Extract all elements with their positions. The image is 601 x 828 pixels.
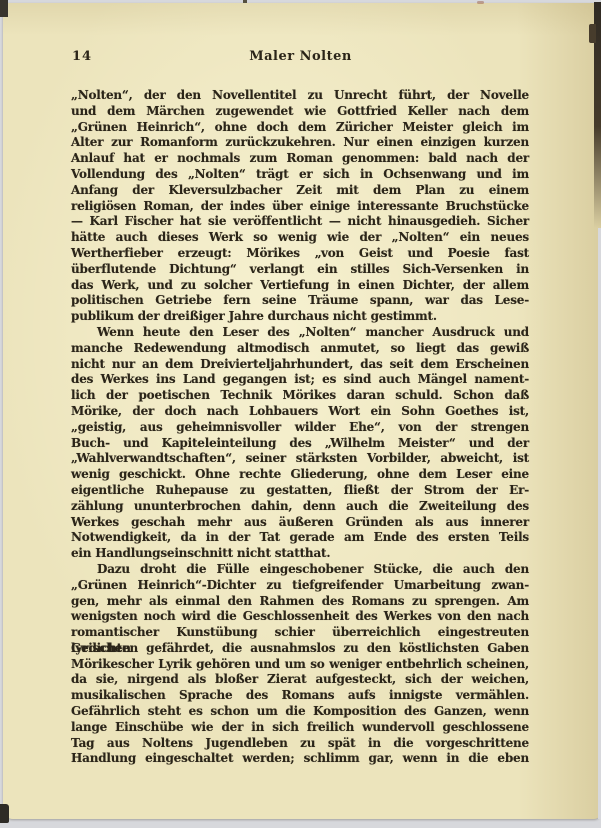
text-line: „Grünen Heinrich“, ohne doch dem Züriche… <box>71 120 529 136</box>
text-line: „geistig, aus geheimnisvoller wilder Ehe… <box>71 420 529 436</box>
text-line: Tag aus Noltens Jugendleben zu spät in d… <box>71 736 529 752</box>
text-line: gen, mehr als einmal den Rahmen des Roma… <box>71 594 529 610</box>
scanned-book-page: 14 Maler Nolten „Nolten“, der den Novell… <box>0 0 601 828</box>
text-line: — Karl Fischer hat sie veröffentlicht — … <box>71 214 529 230</box>
text-line: nicht nur an dem Dreivierteljahrhundert,… <box>71 357 529 373</box>
text-line: Anfang der Kleversulzbacher Zeit mit dem… <box>71 183 529 199</box>
page-body: „Nolten“, der den Novellentitel zu Unrec… <box>71 88 529 767</box>
text-line: Gedichten gefährdet, die ausnahmslos zu … <box>71 641 529 657</box>
text-line: hätte auch dieses Werk so wenig wie der … <box>71 230 529 246</box>
text-line: und dem Märchen zugewendet wie Gottfried… <box>71 104 529 120</box>
text-line: ein Handlungseinschnitt nicht statthat. <box>71 546 529 562</box>
text-line: überflutende Dichtung“ verlangt ein stil… <box>71 262 529 278</box>
text-line: wenigsten noch wird die Geschlossenheit … <box>71 609 529 625</box>
text-line: Alter zur Romanform zurückzukehren. Nur … <box>71 135 529 151</box>
text-line: publikum der dreißiger Jahre durchaus ni… <box>71 309 529 325</box>
text-line: „Wahlverwandtschaften“, seiner stärksten… <box>71 451 529 467</box>
scan-speck-top <box>243 0 247 3</box>
text-line: Mörikescher Lyrik gehören und um so weni… <box>71 657 529 673</box>
text-line: des Werkes ins Land gegangen ist; es sin… <box>71 372 529 388</box>
text-line: Gefährlich steht es schon um die Komposi… <box>71 704 529 720</box>
running-title: Maler Nolten <box>0 49 601 64</box>
text-line: Buch- und Kapiteleinteilung des „Wilhelm… <box>71 436 529 452</box>
text-line: manche Redewendung altmodisch anmutet, s… <box>71 341 529 357</box>
paragraph: Wenn heute den Leser des „Nolten“ manche… <box>71 325 529 562</box>
text-line: eigentliche Ruhepause zu gestatten, flie… <box>71 483 529 499</box>
text-line: Wertherfieber erzeugt: Mörikes „von Geis… <box>71 246 529 262</box>
text-line: Anlauf hat er nochmals zum Roman genomme… <box>71 151 529 167</box>
text-line: politischen Getriebe fern seine Träume s… <box>71 293 529 309</box>
text-line: Handlung eingeschaltet werden; schlimm g… <box>71 751 529 767</box>
text-line: Vollendung des „Nolten“ trägt er sich in… <box>71 167 529 183</box>
scan-stain-top <box>477 1 484 4</box>
text-line: da sie, nirgend als bloßer Zierat aufges… <box>71 672 529 688</box>
text-line: romantischer Kunstübung schier überreich… <box>71 625 529 641</box>
text-line: „Grünen Heinrich“-Dichter zu tiefgreifen… <box>71 578 529 594</box>
paragraph: „Nolten“, der den Novellentitel zu Unrec… <box>71 88 529 325</box>
text-line: musikalischen Sprache des Romans aufs in… <box>71 688 529 704</box>
text-line: „Nolten“, der den Novellentitel zu Unrec… <box>71 88 529 104</box>
text-line: lange Einschübe wie der in sich freilich… <box>71 720 529 736</box>
text-line: wenig geschickt. Ohne rechte Gliederung,… <box>71 467 529 483</box>
scan-mark-top-left <box>0 0 8 17</box>
text-line: lich der poetischen Technik Mörikes dara… <box>71 388 529 404</box>
text-line: religiösen Roman, der indes über einige … <box>71 199 529 215</box>
paragraph: Dazu droht die Fülle eingeschobener Stüc… <box>71 562 529 767</box>
book-edge-notch <box>589 24 596 43</box>
text-line: Dazu droht die Fülle eingeschobener Stüc… <box>71 562 529 578</box>
text-line: Wenn heute den Leser des „Nolten“ manche… <box>71 325 529 341</box>
scan-mark-bottom-left <box>0 804 9 823</box>
text-line: zählung ununterbrochen dahin, denn auch … <box>71 499 529 515</box>
text-line: Notwendigkeit, da in der Tat gerade am E… <box>71 530 529 546</box>
text-line: Werkes geschah mehr aus äußeren Gründen … <box>71 515 529 531</box>
text-line: das Werk, und zu solcher Vertiefung in e… <box>71 278 529 294</box>
text-line: Mörike, der doch nach Lohbauers Wort ein… <box>71 404 529 420</box>
page-header: 14 Maler Nolten <box>0 49 601 65</box>
